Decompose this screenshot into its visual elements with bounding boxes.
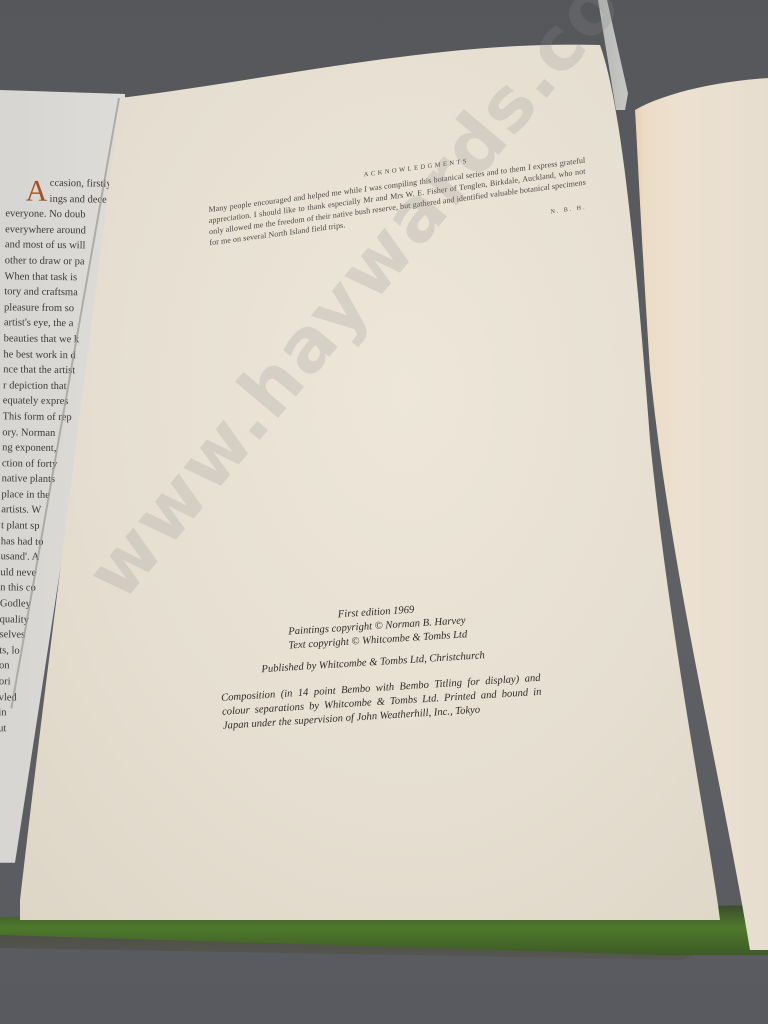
flap-text-line: other to draw or pa [5,253,113,270]
flap-text-line: ccasion, firstly [6,175,114,192]
drop-cap: A [26,178,48,206]
flap-text-line: and most of us will [5,238,113,255]
flap-text-line: ings and dece [5,191,113,208]
colophon: First edition 1969 Paintings copyright ©… [216,596,543,734]
flap-text-line: When that task is [4,269,112,286]
